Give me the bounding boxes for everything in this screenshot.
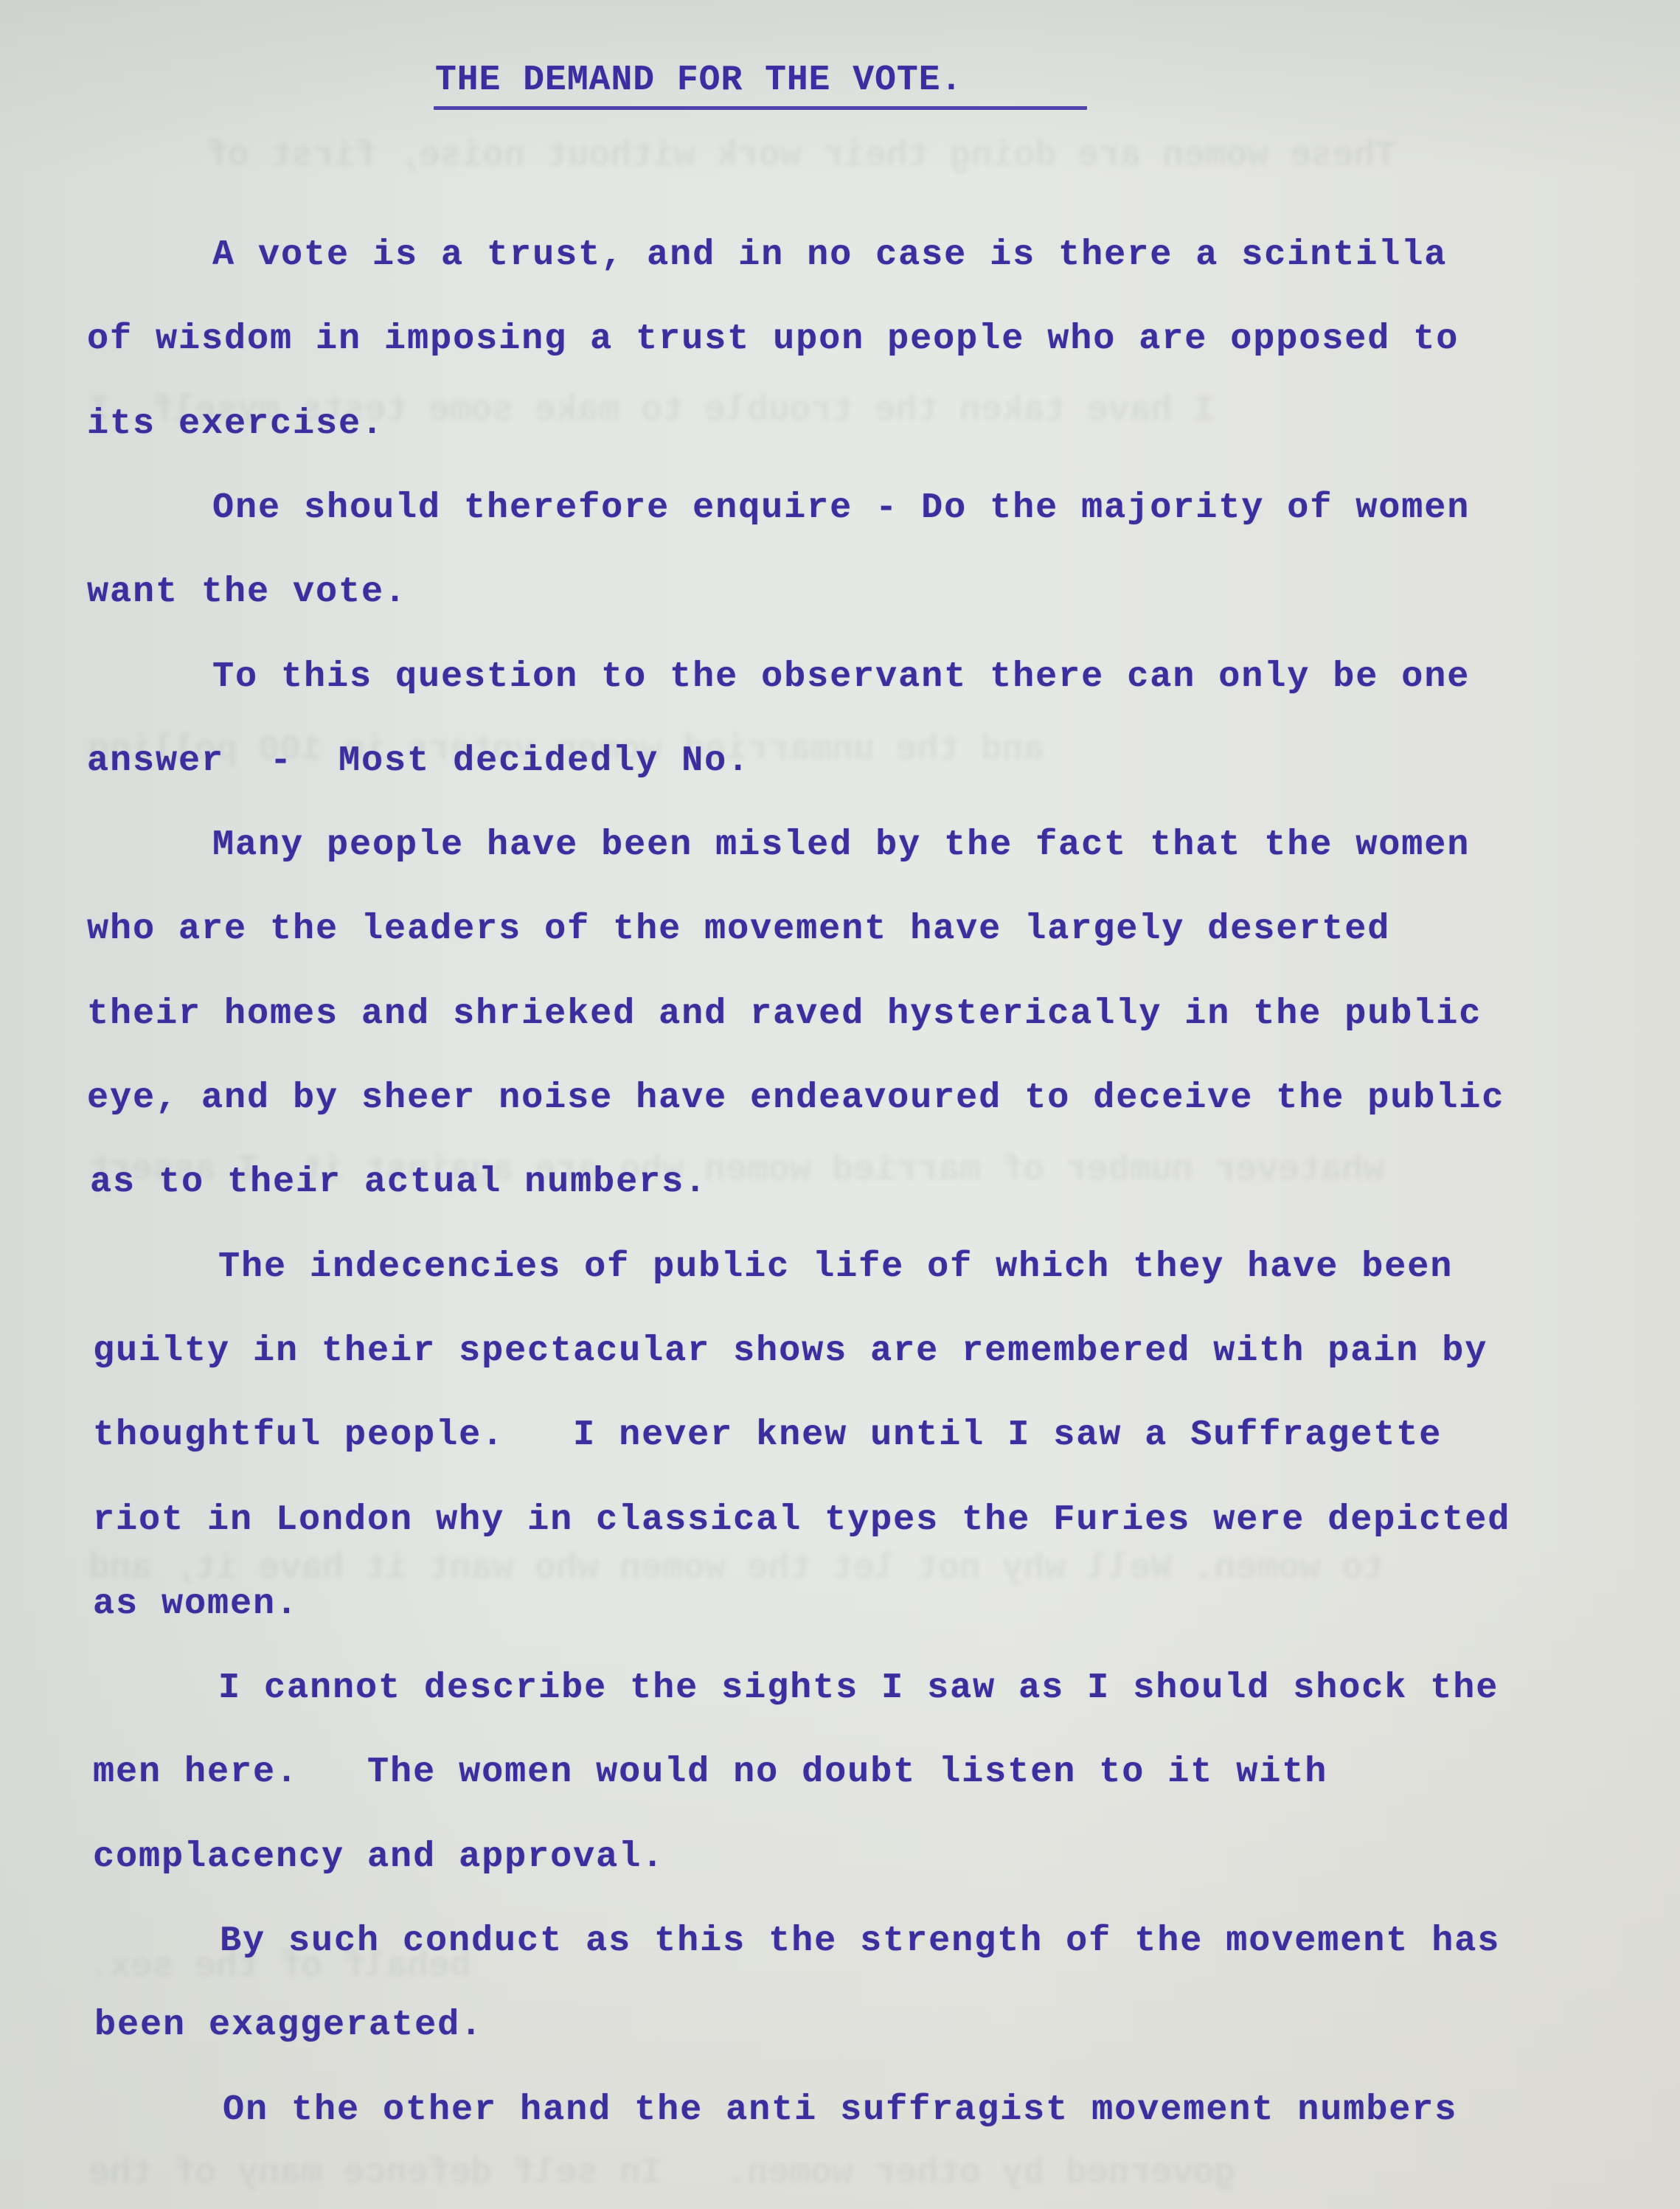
paragraph-first-line: Many people have been misled by the fact… — [212, 825, 1470, 865]
paragraph-line: riot in London why in classical types th… — [93, 1499, 1510, 1540]
bleed-through-text: These women are doing their work without… — [206, 136, 1396, 176]
title-underline — [434, 106, 1087, 110]
paragraph-first-line: One should therefore enquire - Do the ma… — [212, 488, 1470, 528]
paragraph-first-line: On the other hand the anti suffragist mo… — [223, 2090, 1457, 2130]
typewritten-page: These women are doing their work without… — [0, 0, 1680, 2209]
paragraph-line: of wisdom in imposing a trust upon peopl… — [87, 319, 1459, 359]
document-title: THE DEMAND FOR THE VOTE. — [435, 60, 1084, 100]
paragraph-line: men here. The women would no doubt liste… — [93, 1752, 1327, 1792]
paragraph-line: answer - Most decidedly No. — [87, 741, 750, 781]
paragraph-first-line: To this question to the observant there … — [212, 656, 1470, 697]
paragraph-first-line: By such conduct as this the strength of … — [220, 1921, 1500, 1961]
paragraph-first-line: The indecencies of public life of which … — [218, 1246, 1453, 1287]
paragraph-line: been exaggerated. — [94, 2005, 483, 2045]
paragraph-line: complacency and approval. — [93, 1837, 664, 1877]
paragraph-line: guilty in their spectacular shows are re… — [93, 1331, 1488, 1371]
paragraph-first-line: A vote is a trust, and in no case is the… — [212, 235, 1447, 275]
paragraph-line: who are the leaders of the movement have… — [87, 909, 1390, 949]
paragraph-line: its exercise. — [87, 403, 384, 444]
bleed-through-text: governed by other women. In self defence… — [88, 2154, 1235, 2194]
paragraph-line: as women. — [93, 1584, 299, 1624]
paragraph-first-line: I cannot describe the sights I saw as I … — [218, 1668, 1499, 1708]
paragraph-line: eye, and by sheer noise have endeavoured… — [87, 1078, 1504, 1118]
paragraph-line: want the vote. — [87, 572, 407, 612]
paragraph-line: thoughtful people. I never knew until I … — [93, 1415, 1442, 1455]
paragraph-line: as to their actual numbers. — [90, 1162, 707, 1202]
paragraph-line: their homes and shrieked and raved hyste… — [87, 993, 1482, 1034]
